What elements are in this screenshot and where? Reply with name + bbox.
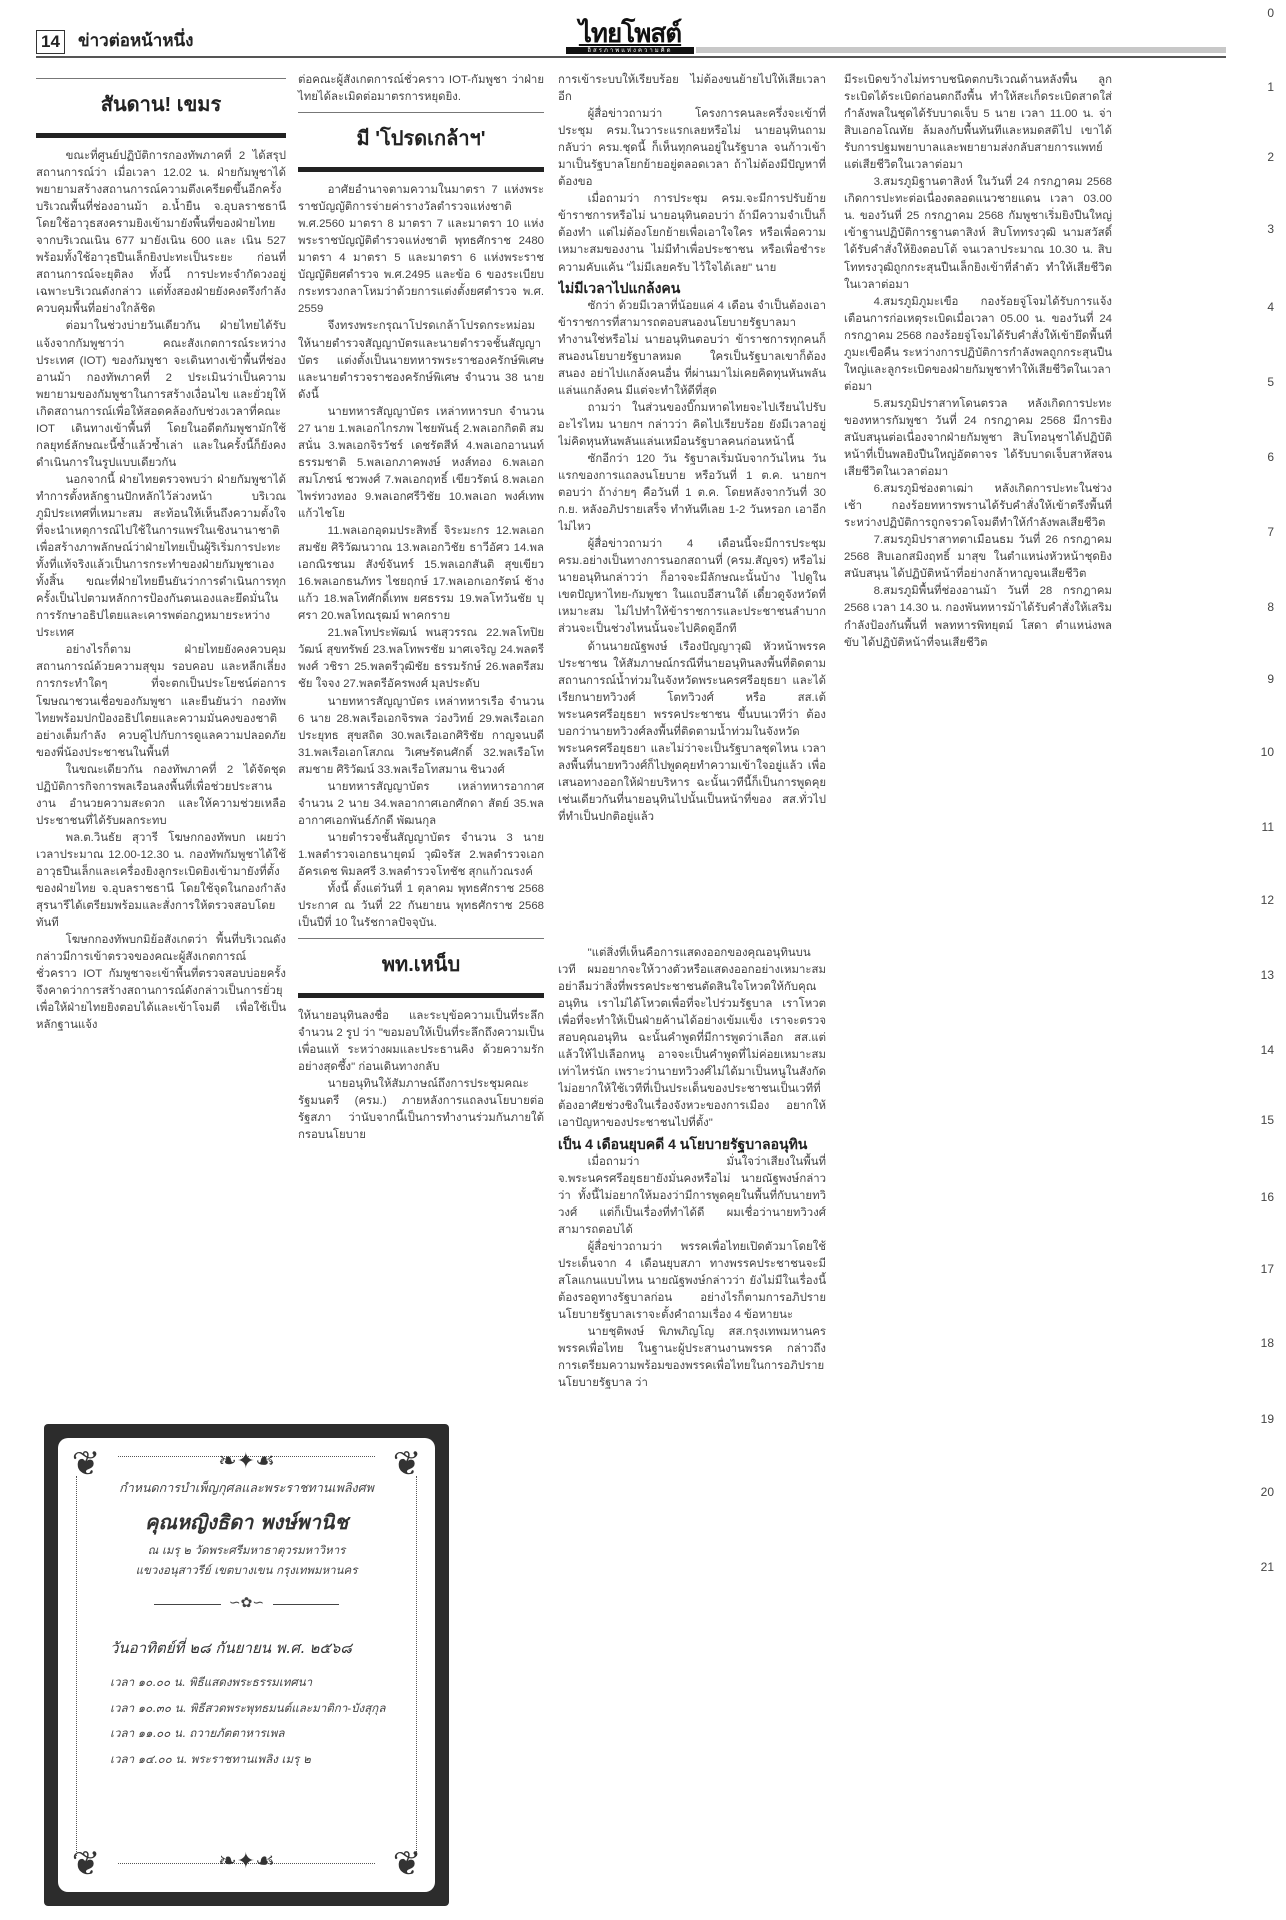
line-number: 8 [1267, 600, 1274, 614]
newspaper-logo: ไทยโพสต์ อิสรภาพแห่งความคิด [566, 20, 694, 54]
line-number: 20 [1261, 1485, 1274, 1499]
schedule-item: เวลา ๑๐.๐๐ น. พิธีแสดงพระธรรมเทศนา [110, 1670, 415, 1696]
paragraph: เมื่อถามว่า การประชุม ครม.จะมีการปรับย้า… [558, 191, 826, 276]
subhead-no-time: ไม่มีเวลาไปแกล้งคน [558, 279, 826, 297]
paragraph: โฆษกกองทัพบกมิย้อสังเกตว่า พื้นที่บริเวณ… [36, 932, 286, 1034]
paragraph: ซักอีกว่า 120 วัน รัฐบาลเริ่มนับจากวันไห… [558, 451, 826, 536]
line-number: 13 [1261, 968, 1274, 982]
line-number: 4 [1267, 300, 1274, 314]
schedule-item: เวลา ๑๑.๐๐ น. ถวายภัตตาหารเพล [110, 1721, 415, 1747]
headline-pheu-thai: พท.เหน็บ [298, 938, 544, 998]
paragraph: นายตำรวจชั้นสัญญาบัตร จำนวน 3 นาย 1.พลตำ… [298, 830, 544, 881]
notice-schedule: เวลา ๑๐.๐๐ น. พิธีแสดงพระธรรมเทศนา เวลา … [110, 1670, 415, 1772]
paragraph: จึงทรงพระกรุณาโปรดเกล้าโปรดกระหม่อมให้นา… [298, 318, 544, 403]
column-3-lower: "แต่สิ่งที่เห็นคือการแสดงออกของคุณอนุทิน… [558, 945, 826, 1905]
paragraph: เมื่อถามว่า มั่นใจว่าเสียงในพื้นที่จ.พระ… [558, 1154, 826, 1239]
paragraph: การเข้าระบบให้เรียบร้อย ไม่ต้องขนย้ายไปใ… [558, 72, 826, 106]
line-number: 1 [1267, 80, 1274, 94]
header-grey-bar [696, 47, 1226, 53]
paragraph: นายทหารสัญญาบัตร เหล่าทหารอากาศ จำนวน 2 … [298, 779, 544, 830]
notice-inner: ❦ ❦ ❦ ❦ ❧✦☙ ❧✦☙ กำหนดการบำเพ็ญกุศลและพระ… [58, 1438, 435, 1892]
paragraph: 5.สมรภูมิปราสาทโดนตรวล หลังเกิดการปะทะขอ… [844, 396, 1112, 481]
paragraph: ต่อมาในช่วงบ่ายวันเดียวกัน ฝ่ายไทยได้รับ… [36, 318, 286, 471]
line-number: 2 [1267, 150, 1274, 164]
line-number: 10 [1261, 745, 1274, 759]
notice-deceased-name: คุณหญิงธิดา พงษ์พานิช [58, 1506, 435, 1538]
paragraph: พล.ต.วินธัย สุวารี โฆษกกองทัพบก เผยว่า เ… [36, 830, 286, 932]
divider-ornament-icon: ∽✿∽ [221, 1595, 273, 1611]
line-number: 5 [1267, 375, 1274, 389]
paragraph: ด้านนายณัฐพงษ์ เรืองปัญญาวุฒิ หัวหน้าพรร… [558, 639, 826, 827]
paragraph: นายทหารสัญญาบัตร เหล่าทหารเรือ จำนวน 6 น… [298, 694, 544, 779]
header-rule [36, 56, 1226, 58]
paragraph: ถามว่า ในส่วนของบิ๊กมหาดไทยจะไปเรียนไปรั… [558, 400, 826, 451]
paragraph: 21.พลโทประพัฒน์ พนสุวรรณ 22.พลโทปิยวัฒน์… [298, 625, 544, 693]
paragraph: 7.สมรภูมิปราสาทตาเมือนธม วันที่ 26 กรกฎา… [844, 532, 1112, 583]
column-3-upper: การเข้าระบบให้เรียบร้อย ไม่ต้องขนย้ายไปใ… [558, 72, 826, 942]
headline-khmer: สันดาน! เขมร [36, 78, 286, 138]
funeral-notice: ❦ ❦ ❦ ❦ ❧✦☙ ❧✦☙ กำหนดการบำเพ็ญกุศลและพระ… [44, 1424, 449, 1906]
logo-text: ไทยโพสต์ [579, 18, 681, 48]
paragraph: "แต่สิ่งที่เห็นคือการแสดงออกของคุณอนุทิน… [558, 945, 826, 1133]
line-number: 14 [1261, 1043, 1274, 1057]
paragraph: ในขณะเดียวกัน กองทัพภาคที่ 2 ได้จัดชุดปฏ… [36, 762, 286, 830]
line-number: 11 [1262, 820, 1274, 834]
notice-location-line-2: แขวงอนุสาวรีย์ เขตบางเขน กรุงเทพมหานคร [58, 1562, 435, 1580]
paragraph: นายชุติพงษ์ พิภพภิญโญ สส.กรุงเทพมหานคร พ… [558, 1324, 826, 1392]
line-number: 7 [1267, 525, 1274, 539]
line-number: 6 [1267, 450, 1274, 464]
paragraph: ผู้สื่อข่าวถามว่า 4 เดือนนี้จะมีการประชุ… [558, 536, 826, 638]
masthead: 14 ข่าวต่อหน้าหนึ่ง ไทยโพสต์ อิสรภาพแห่ง… [36, 20, 1226, 60]
paragraph: ผู้สื่อข่าวถามว่า พรรคเพื่อไทยเปิดตัวมาโ… [558, 1239, 826, 1324]
corner-ornament-icon: ❦ [385, 1842, 429, 1886]
paragraph: 4.สมรภูมิภูมะเขือ กองร้อยจู่โจมได้รับการ… [844, 294, 1112, 396]
schedule-item: เวลา ๑๔.๐๐ น. พระราชทานเพลิง เมรุ ๒ [110, 1747, 415, 1773]
paragraph: 11.พลเอกอุดมประสิทธิ์ จิระมะกร 12.พลเอกส… [298, 523, 544, 625]
notice-title: กำหนดการบำเพ็ญกุศลและพระราชทานเพลิงศพ [58, 1478, 435, 1498]
line-number: 18 [1261, 1336, 1274, 1350]
column-4: มีระเบิดขว้างไม่ทราบชนิดตกบริเวณด้านหลัง… [844, 72, 1112, 1912]
paragraph: ผู้สื่อข่าวถามว่า โครงการคนละครึ่งจะเข้า… [558, 106, 826, 191]
paragraph: นายอนุทินให้สัมภาษณ์ถึงการประชุมคณะรัฐมน… [298, 1076, 544, 1144]
line-number: 19 [1261, 1412, 1274, 1426]
line-number: 12 [1261, 893, 1274, 907]
notice-location-line-1: ณ เมรุ ๒ วัดพระศรีมหาธาตุวรมหาวิหาร [58, 1542, 435, 1560]
line-number-strip: 0 1 2 3 4 5 6 7 8 9 10 11 12 13 14 15 16… [1254, 0, 1274, 1920]
paragraph: นายทหารสัญญาบัตร เหล่าทหารบก จำนวน 27 นา… [298, 404, 544, 523]
paragraph: ต่อคณะผู้สังเกตการณ์ชั่วคราว IOT-กัมพูชา… [298, 72, 544, 106]
page-number: 14 [36, 30, 65, 54]
schedule-item: เวลา ๑๐.๓๐ น. พิธีสวดพระพุทธมนต์และมาติก… [110, 1696, 415, 1722]
line-number: 3 [1267, 222, 1274, 236]
line-number: 9 [1267, 672, 1274, 686]
paragraph: 3.สมรภูมิฐานตาสิงห์ ในวันที่ 24 กรกฎาคม … [844, 174, 1112, 293]
column-2: ต่อคณะผู้สังเกตการณ์ชั่วคราว IOT-กัมพูชา… [298, 72, 544, 1145]
line-number: 17 [1261, 1262, 1274, 1276]
paragraph: อย่างไรก็ตาม ฝ่ายไทยยังคงควบคุมสถานการณ์… [36, 642, 286, 761]
paragraph: ขณะที่ศูนย์ปฏิบัติการกองทัพภาคที่ 2 ได้ส… [36, 148, 286, 318]
floral-ornament-icon: ❧✦☙ [207, 1840, 287, 1884]
paragraph: 6.สมรภูมิช่องตาเฒ่า หลังเกิดการปะทะในช่ว… [844, 481, 1112, 532]
column-1: สันดาน! เขมร ขณะที่ศูนย์ปฏิบัติการกองทัพ… [36, 72, 286, 1034]
paragraph: นอกจากนี้ ฝ่ายไทยตรวจพบว่า ฝ่ายกัมพูชาได… [36, 472, 286, 642]
subhead-4-months-dissolve: เป็น 4 เดือนยุบคดี 4 นโยบายรัฐบาลอนุทิน [558, 1135, 826, 1153]
line-number: 16 [1261, 1190, 1274, 1204]
line-number: 0 [1267, 6, 1274, 20]
paragraph: ซักว่า ด้วยมีเวลาที่น้อยแค่ 4 เดือน จำเป… [558, 298, 826, 400]
logo-tagline: อิสรภาพแห่งความคิด [566, 47, 694, 54]
corner-ornament-icon: ❦ [64, 1842, 108, 1886]
paragraph: ทั้งนี้ ตั้งแต่วันที่ 1 ตุลาคม พุทธศักรา… [298, 881, 544, 932]
paragraph: ให้นายอนุทินลงชื่อ และระบุข้อความเป็นที่… [298, 1008, 544, 1076]
notice-date: วันอาทิตย์ที่ ๒๘ กันยายน พ.ศ. ๒๕๖๘ [110, 1636, 352, 1660]
paragraph: อาศัยอำนาจตามความในมาตรา 7 แห่งพระราชบัญ… [298, 182, 544, 318]
section-title: ข่าวต่อหน้าหนึ่ง [78, 30, 193, 52]
line-number: 21 [1261, 1560, 1274, 1574]
paragraph: 8.สมรภูมิพื้นที่ช่องอานม้า วันที่ 28 กรก… [844, 583, 1112, 651]
paragraph: มีระเบิดขว้างไม่ทราบชนิดตกบริเวณด้านหลัง… [844, 72, 1112, 174]
headline-royal-command: มี 'โปรดเกล้าฯ' [298, 112, 544, 172]
line-number: 15 [1261, 1113, 1274, 1127]
